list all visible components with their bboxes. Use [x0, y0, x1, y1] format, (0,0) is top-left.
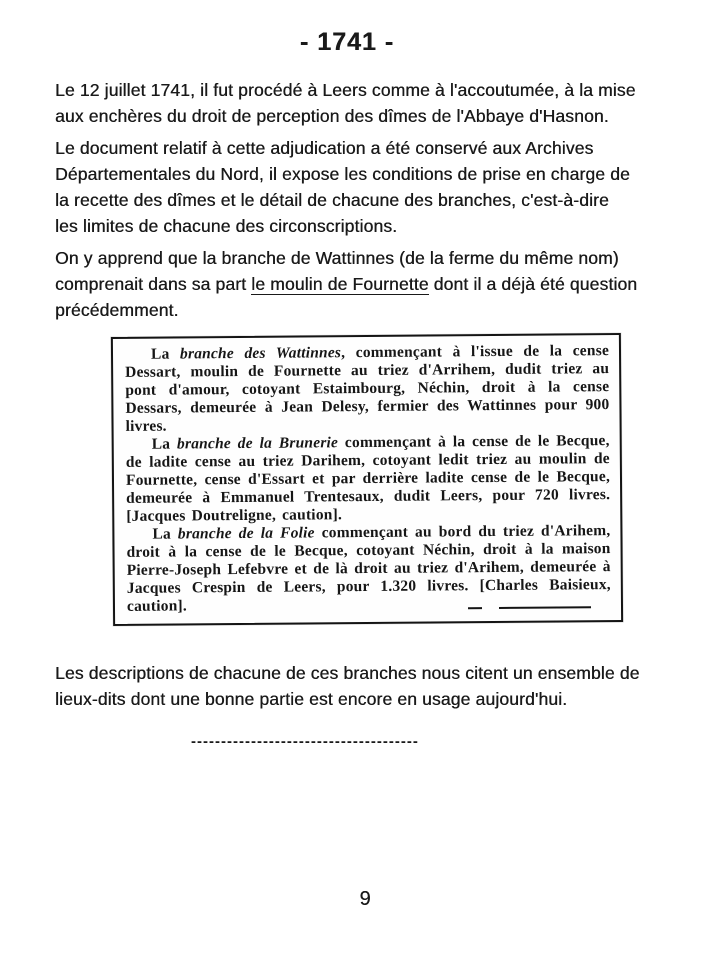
scan-branch-name: branche des Wattinnes: [180, 344, 341, 362]
text-line: les limites de chacune des circonscripti…: [55, 213, 669, 239]
scan-branch-name: branche de la Folie: [178, 524, 315, 542]
text-line: Le 12 juillet 1741, il fut procédé à Lee…: [55, 77, 669, 103]
scanned-excerpt-box: La branche des Wattinnes, commençant à l…: [111, 333, 623, 626]
text-line: aux enchères du droit de perception des …: [55, 103, 669, 129]
text-line: Départementales du Nord, il expose les c…: [55, 161, 669, 187]
underlined-phrase-moulin-de-fournette: le moulin de Fournette: [251, 274, 428, 295]
scan-artifact-dash: [468, 607, 482, 609]
text-line: comprenait dans sa part le moulin de Fou…: [55, 271, 669, 297]
page-number: 9: [0, 888, 720, 911]
paragraph-auction: Le 12 juillet 1741, il fut procédé à Lee…: [55, 77, 669, 129]
text-line: Les descriptions de chacune de ces branc…: [55, 660, 669, 686]
document-page: - 1741 - Le 12 juillet 1741, il fut proc…: [0, 0, 720, 960]
scan-lead: La: [152, 525, 178, 542]
text-line: la recette des dîmes et le détail de cha…: [55, 187, 669, 213]
text-line: lieux-dits dont une bonne partie est enc…: [55, 686, 669, 712]
text-line: Le document relatif à cette adjudication…: [55, 135, 669, 161]
scan-paragraph-brunerie: La branche de la Brunerie commençant à l…: [126, 432, 611, 526]
scan-paragraph-folie: La branche de la Folie commençant au bor…: [126, 522, 611, 616]
page-content: Le 12 juillet 1741, il fut procédé à Lee…: [55, 77, 669, 750]
dashed-separator: --------------------------------------: [191, 733, 669, 750]
paragraph-closing: Les descriptions de chacune de ces branc…: [55, 660, 669, 712]
text-segment: comprenait dans sa part: [55, 274, 251, 294]
scan-branch-name: branche de la Brunerie: [177, 434, 338, 452]
paragraph-wattinnes: On y apprend que la branche de Wattinnes…: [55, 245, 669, 323]
page-title: - 1741 -: [0, 28, 694, 57]
scan-lead: La: [152, 435, 177, 452]
scanned-excerpt-text: La branche des Wattinnes, commençant à l…: [125, 342, 611, 616]
text-line: précédemment.: [55, 297, 669, 323]
paragraph-archives: Le document relatif à cette adjudication…: [55, 135, 669, 239]
text-line: On y apprend que la branche de Wattinnes…: [55, 245, 669, 271]
scan-lead: La: [151, 345, 180, 362]
scan-paragraph-wattinnes: La branche des Wattinnes, commençant à l…: [125, 342, 610, 436]
text-segment: dont il a déjà été question: [429, 274, 638, 294]
